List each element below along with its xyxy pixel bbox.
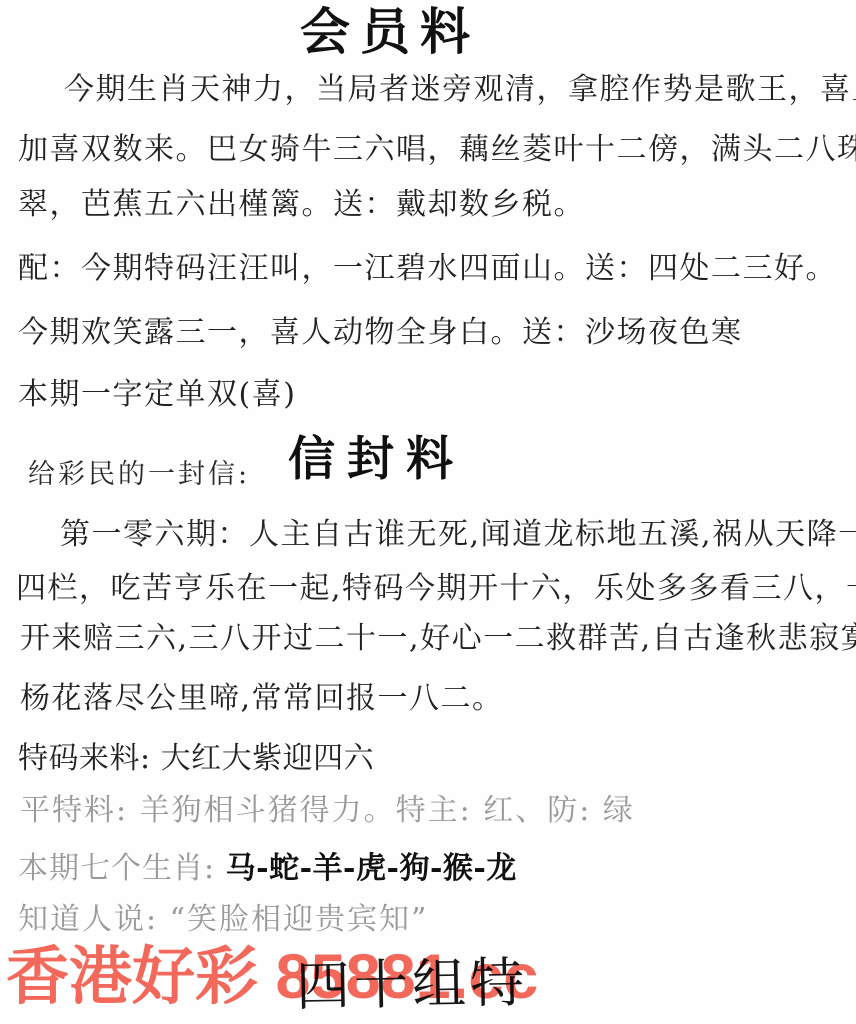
letter-line-3: 开来赔三六,三八开过二十一,好心一二救群苦,自古逢秋悲寂寞, — [20, 622, 856, 657]
saying-line-faded: 知道人说: “笑脸相迎贵宾知” — [18, 903, 428, 938]
zodiac-animals-value: 马-蛇-羊-虎-狗-猴-龙 — [226, 851, 517, 886]
member-paragraph-line-2: 加喜双数来。巴女骑牛三六唱，藕丝菱叶十二傍，满头二八珠间 — [18, 133, 856, 168]
letter-line-1: 第一零六期：人主自古谁无死,闻道龙标地五溪,祸从天降一 — [60, 518, 856, 553]
pingte-tip-line-faded: 平特料: 羊狗相斗猪得力。特主: 红、防: 绿 — [20, 794, 635, 829]
member-paragraph-line-3: 翠，芭蕉五六出槿篱。送：戴却数乡税。 — [18, 188, 585, 223]
letter-section-heading: 信封料 — [288, 434, 465, 486]
member-paragraph-line-1: 今期生肖天神力，当局者迷旁观清，拿腔作势是歌王，喜上 — [64, 73, 856, 108]
scanned-lottery-document: 会员料 今期生肖天神力，当局者迷旁观清，拿腔作势是歌王，喜上 加喜双数来。巴女骑… — [0, 0, 856, 1024]
letter-line-2: 四栏，吃苦亨乐在一起,特码今期开十六，乐处多多看三八，一七 — [16, 572, 856, 607]
member-huanxiao-line: 今期欢笑露三一，喜人动物全身白。送：沙场夜色寒 — [18, 316, 743, 351]
zodiac-line: 本期七个生肖: 马-蛇-羊-虎-狗-猴-龙 — [18, 852, 517, 887]
letter-line-4: 杨花落尽公里啼,常常回报一八二。 — [20, 682, 504, 717]
zodiac-label: 本期七个生肖: — [18, 851, 226, 886]
letter-intro-label: 给彩民的一封信: — [28, 452, 250, 491]
member-pei-line: 配：今期特码汪汪叫，一江碧水四面山。送：四处二三好。 — [18, 252, 837, 287]
member-danshuang-line: 本期一字定单双(喜) — [18, 378, 296, 413]
handwritten-overlay-text: 四十组特 — [295, 940, 528, 1021]
page-title: 会员料 — [300, 4, 480, 59]
special-code-tip-line: 特码来料: 大红大紫迎四六 — [18, 742, 374, 777]
